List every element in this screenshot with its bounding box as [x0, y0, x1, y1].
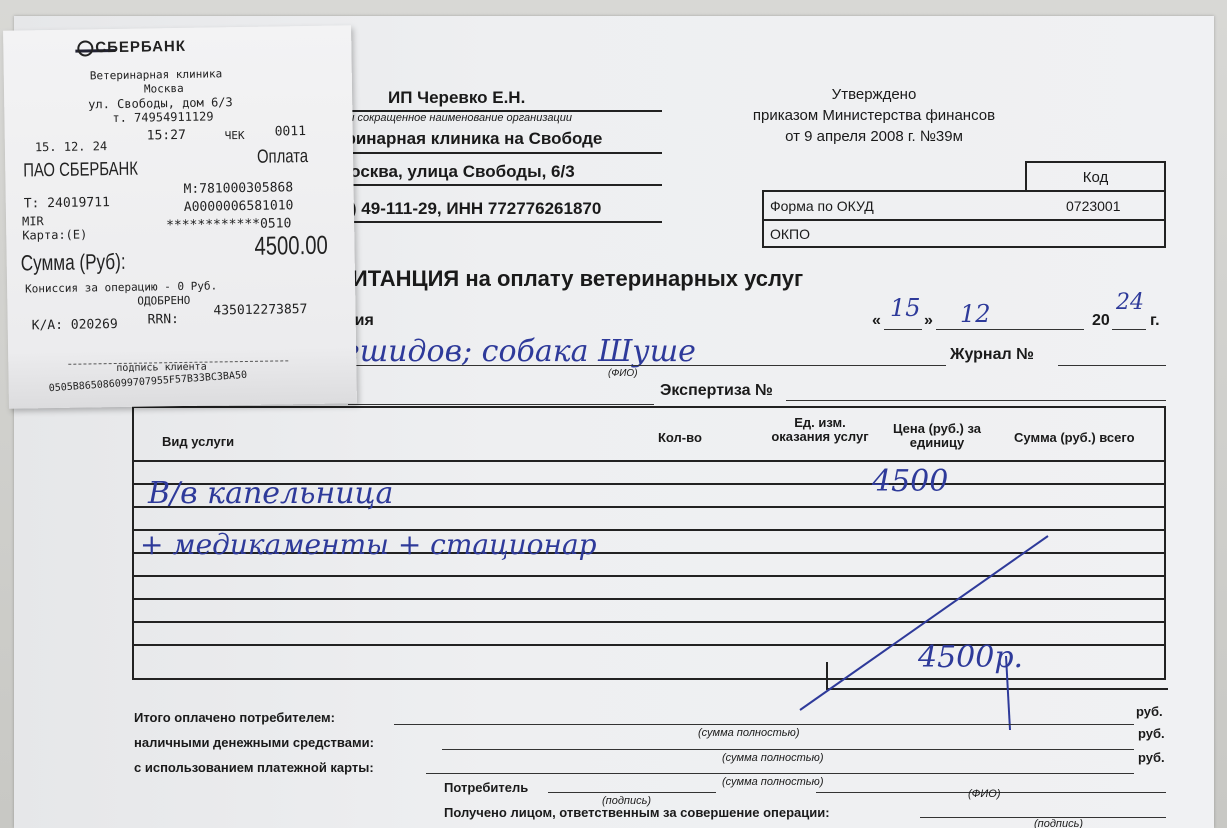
org-contacts: 95) 49-111-29, ИНН 772776261870	[332, 199, 601, 219]
date-close-quote: »	[924, 312, 933, 330]
codes-header-cell: Код	[1025, 161, 1166, 192]
receipt-check-number: 0011	[275, 124, 307, 139]
total-currency: руб.	[1136, 704, 1163, 719]
receipt-sum-label: Сумма (Руб):	[21, 249, 126, 277]
col-header-unit: Ед. изм. оказания услуг	[770, 416, 870, 444]
total-paid-label: Итого оплачено потребителем:	[134, 710, 335, 725]
received-label: Получено лицом, ответственным за соверше…	[444, 805, 830, 820]
journal-label: Журнал №	[950, 346, 1034, 364]
card-amount-caption: (сумма полностью)	[722, 776, 823, 788]
receipt-signature-label: подпись клиента	[116, 362, 206, 374]
consumer-fio-caption: (ФИО)	[968, 788, 1001, 800]
cash-label: наличными денежными средствами:	[134, 735, 374, 750]
receipt-operation: Оплата	[257, 146, 308, 169]
receipt-check-label: ЧЕК	[225, 129, 245, 142]
col-header-price: Цена (руб.) за единицу	[882, 422, 992, 450]
receipt-rrn-label: RRN:	[147, 312, 179, 327]
receipt-bank-name: ПАО СБЕРБАНК	[23, 159, 138, 183]
receipt-merchant-id: М:781000305868	[183, 180, 293, 197]
receipt-rrn-value: 435012273857	[213, 302, 307, 318]
okud-value: 0723001	[1066, 198, 1121, 214]
service-row-2[interactable]: + медикаменты + стационар	[140, 528, 597, 561]
card-label: с использованием платежной карты:	[134, 760, 374, 775]
receipt-auth-code: К/А: 020269	[32, 317, 118, 333]
total-amount-caption: (сумма полностью)	[698, 727, 799, 739]
cash-amount-caption: (сумма полностью)	[722, 752, 823, 764]
card-currency: руб.	[1138, 750, 1165, 765]
col-header-qty: Кол-во	[658, 430, 702, 445]
form-title: ВИТАНЦИЯ на оплату ветеринарных услуг	[336, 266, 803, 292]
receipt-status: ОДОБРЕНО	[137, 294, 190, 308]
approval-line-1: Утверждено	[724, 86, 1024, 103]
approval-line-3: от 9 апреля 2008 г. №39м	[704, 128, 1044, 145]
receipt-city: Москва	[144, 82, 184, 96]
receipt-time: 15:27	[147, 128, 186, 144]
year-label: г.	[1150, 312, 1160, 330]
card-payment-receipt: СБЕРБАНК Ветеринарная клиника Москва ул.…	[3, 25, 357, 408]
date-open-quote: «	[872, 312, 881, 330]
received-signature-caption: (подпись)	[1034, 818, 1083, 828]
year-prefix: 20	[1092, 312, 1110, 330]
okpo-label: ОКПО	[770, 226, 810, 242]
fio-caption: (ФИО)	[608, 368, 638, 379]
org-clinic-name: еринарная клиника на Свободе	[336, 129, 602, 149]
approval-line-2: приказом Министерства финансов	[704, 107, 1044, 124]
codes-table: Форма по ОКУД 0723001 ОКПО	[762, 190, 1166, 248]
receipt-aid: A0000006581010	[184, 198, 294, 215]
date-day-field[interactable]: 15	[890, 294, 921, 322]
receipt-terminal: Т: 24019711	[24, 195, 110, 211]
receipt-sum-value: 4500.00	[254, 230, 328, 262]
date-month-field[interactable]: 12	[960, 300, 991, 328]
consumer-label: Потребитель	[444, 780, 528, 795]
cash-currency: руб.	[1138, 726, 1165, 741]
sberbank-logo: СБЕРБАНК	[77, 38, 186, 57]
client-field[interactable]: ешидов; собака Шуше	[342, 334, 696, 369]
receipt-card-label: Карта:(E)	[22, 227, 87, 242]
org-address: Москва, улица Свободы, 6/3	[336, 162, 575, 182]
strike-through-line	[794, 532, 1054, 732]
col-header-total: Сумма (руб.) всего	[1014, 430, 1135, 445]
year-suffix-field[interactable]: 24	[1116, 290, 1144, 315]
sber-checkmark-icon	[77, 40, 93, 56]
receipt-payment-system: MIR	[22, 214, 44, 228]
receipt-date: 15. 12. 24	[35, 139, 107, 154]
service-row-1-price[interactable]: 4500	[872, 464, 948, 499]
receipt-merchant: Ветеринарная клиника	[90, 67, 223, 82]
okud-label: Форма по ОКУД	[770, 198, 874, 214]
service-row-1[interactable]: В/в капельница	[148, 476, 393, 511]
table-rule	[134, 460, 1164, 462]
expertise-label: Экспертиза №	[660, 382, 773, 400]
col-header-service: Вид услуги	[162, 434, 234, 449]
org-name: ИП Черевко Е.Н.	[388, 88, 525, 108]
org-name-caption: или сокращенное наименование организации	[336, 112, 572, 124]
receipt-phone: т. 74954911129	[112, 109, 213, 125]
